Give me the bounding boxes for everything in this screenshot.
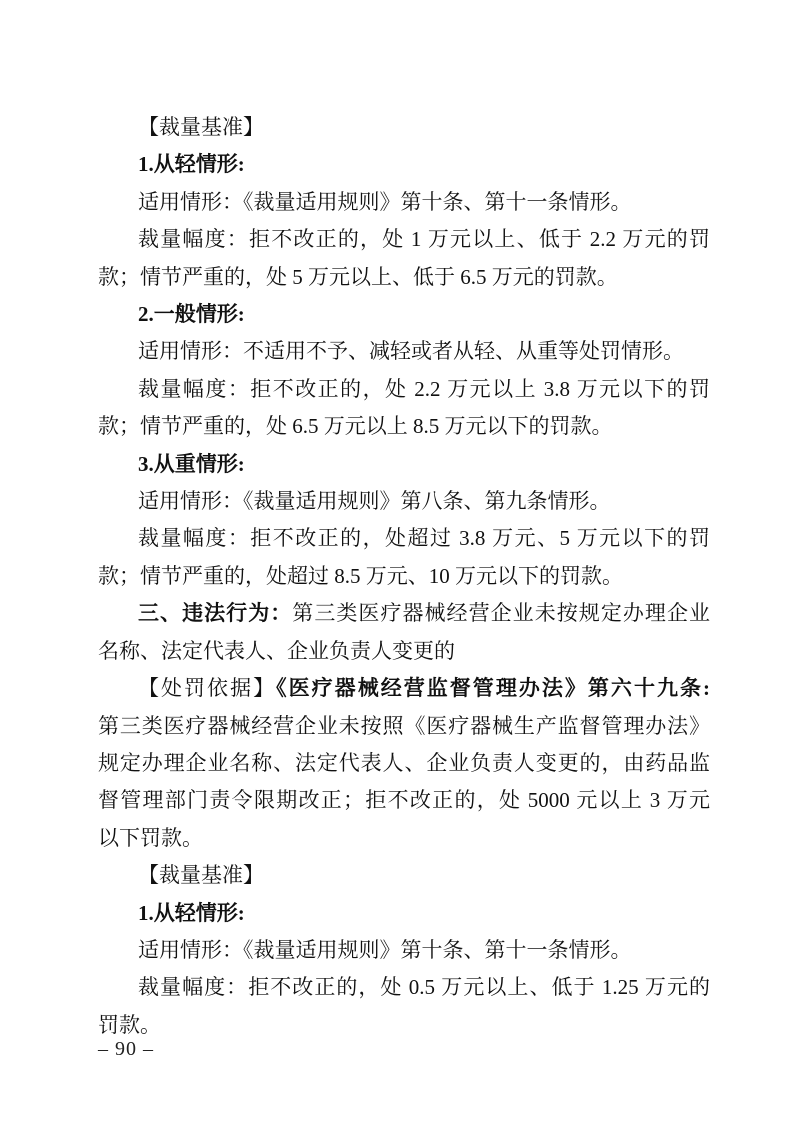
text-segment: 督管理部门责令限期改正；拒不改正的，处 5000 元以上 3 万元 xyxy=(98,788,710,812)
text-line: 督管理部门责令限期改正；拒不改正的，处 5000 元以上 3 万元 xyxy=(98,782,710,819)
text-line: 1.从轻情形: xyxy=(98,895,710,932)
text-line: 【裁量基准】 xyxy=(98,857,710,894)
text-line: 适用情形：《裁量适用规则》第十条、第十一条情形。 xyxy=(98,932,710,969)
text-line: 名称、法定代表人、企业负责人变更的 xyxy=(98,633,710,670)
text-segment: 以下罚款。 xyxy=(98,826,203,850)
text-line: 2.一般情形: xyxy=(98,296,710,333)
text-segment: 【处罚依据】 xyxy=(138,676,276,700)
text-segment: 第三类医疗器械经营企业未按规定办理企业 xyxy=(292,601,710,625)
text-line: 适用情形：《裁量适用规则》第十条、第十一条情形。 xyxy=(98,184,710,221)
text-segment: 裁量幅度：拒不改正的，处 1 万元以上、低于 2.2 万元的罚 xyxy=(138,227,710,251)
text-line: 裁量幅度：拒不改正的，处 0.5 万元以上、低于 1.25 万元的 xyxy=(98,969,710,1006)
text-segment: 适用情形：《裁量适用规则》第十条、第十一条情形。 xyxy=(138,938,632,962)
document-body: 【裁量基准】1.从轻情形:适用情形：《裁量适用规则》第十条、第十一条情形。裁量幅… xyxy=(98,109,710,1044)
text-line: 三、违法行为：第三类医疗器械经营企业未按规定办理企业 xyxy=(98,595,710,632)
text-line: 裁量幅度：拒不改正的，处 2.2 万元以上 3.8 万元以下的罚 xyxy=(98,371,710,408)
text-segment: 款；情节严重的，处超过 8.5 万元、10 万元以下的罚款。 xyxy=(98,564,623,588)
text-line: 适用情形：《裁量适用规则》第八条、第九条情形。 xyxy=(98,483,710,520)
text-line: 适用情形：不适用不予、减轻或者从轻、从重等处罚情形。 xyxy=(98,333,710,370)
text-line: 规定办理企业名称、法定代表人、企业负责人变更的，由药品监 xyxy=(98,745,710,782)
text-segment: 第三类医疗器械经营企业未按照《医疗器械生产监督管理办法》 xyxy=(98,714,710,738)
text-line: 第三类医疗器械经营企业未按照《医疗器械生产监督管理办法》 xyxy=(98,708,710,745)
text-line: 【裁量基准】 xyxy=(98,109,710,146)
text-line: 1.从轻情形: xyxy=(98,146,710,183)
text-segment: 裁量幅度：拒不改正的，处 0.5 万元以上、低于 1.25 万元的 xyxy=(138,975,710,999)
text-line: 以下罚款。 xyxy=(98,820,710,857)
bold-text-segment: 《医疗器械经营监督管理办法》第六十九条: xyxy=(276,676,710,700)
text-line: 裁量幅度：拒不改正的，处超过 3.8 万元、5 万元以下的罚 xyxy=(98,520,710,557)
text-segment: 罚款。 xyxy=(98,1013,161,1037)
text-segment: 【裁量基准】 xyxy=(138,863,264,887)
text-segment: 裁量幅度：拒不改正的，处超过 3.8 万元、5 万元以下的罚 xyxy=(138,526,710,550)
text-line: 罚款。 xyxy=(98,1007,710,1044)
text-segment: 适用情形：《裁量适用规则》第十条、第十一条情形。 xyxy=(138,190,632,214)
text-line: 【处罚依据】《医疗器械经营监督管理办法》第六十九条: xyxy=(98,670,710,707)
bold-text-segment: 1.从轻情形: xyxy=(138,901,245,925)
text-segment: 裁量幅度：拒不改正的，处 2.2 万元以上 3.8 万元以下的罚 xyxy=(138,377,710,401)
text-segment: 规定办理企业名称、法定代表人、企业负责人变更的，由药品监 xyxy=(98,751,710,775)
text-line: 3.从重情形: xyxy=(98,446,710,483)
bold-text-segment: 2.一般情形: xyxy=(138,302,245,326)
text-line: 款；情节严重的，处超过 8.5 万元、10 万元以下的罚款。 xyxy=(98,558,710,595)
text-segment: 款；情节严重的，处 5 万元以上、低于 6.5 万元的罚款。 xyxy=(98,265,618,289)
text-line: 款；情节严重的，处 5 万元以上、低于 6.5 万元的罚款。 xyxy=(98,259,710,296)
text-line: 款；情节严重的，处 6.5 万元以上 8.5 万元以下的罚款。 xyxy=(98,408,710,445)
bold-text-segment: 1.从轻情形: xyxy=(138,152,245,176)
text-line: 裁量幅度：拒不改正的，处 1 万元以上、低于 2.2 万元的罚 xyxy=(98,221,710,258)
text-segment: 【裁量基准】 xyxy=(138,115,264,139)
text-segment: 款；情节严重的，处 6.5 万元以上 8.5 万元以下的罚款。 xyxy=(98,414,613,438)
text-segment: 适用情形：不适用不予、减轻或者从轻、从重等处罚情形。 xyxy=(138,339,684,363)
bold-text-segment: 3.从重情形: xyxy=(138,452,245,476)
bold-text-segment: 三、违法行为： xyxy=(138,601,292,625)
text-segment: 适用情形：《裁量适用规则》第八条、第九条情形。 xyxy=(138,489,611,513)
page-number: – 90 – xyxy=(98,1038,154,1061)
text-segment: 名称、法定代表人、企业负责人变更的 xyxy=(98,639,455,663)
document-page: 【裁量基准】1.从轻情形:适用情形：《裁量适用规则》第十条、第十一条情形。裁量幅… xyxy=(0,0,793,1122)
